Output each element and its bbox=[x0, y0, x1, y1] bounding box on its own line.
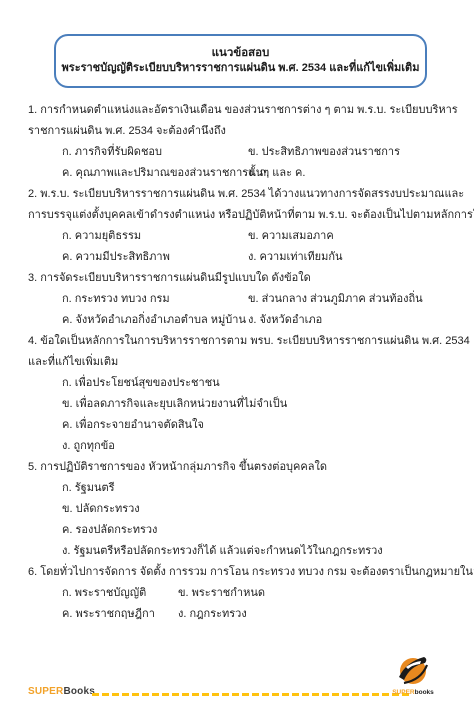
question-text: 2. พ.ร.บ. ระเบียบบริหารราชการแผ่นดิน พ.ศ… bbox=[28, 184, 448, 205]
option-item: ข. ความเสมอภาค bbox=[248, 226, 334, 247]
option-item: ค. รองปลัดกระทรวง bbox=[28, 520, 448, 541]
footer-brand-super: SUPER bbox=[28, 686, 63, 697]
question-text: และที่แก้ไขเพิ่มเติม bbox=[28, 352, 448, 373]
exam-header-subtitle: พระราชบัญญัติระเบียบบริหารราชการแผ่นดิน … bbox=[62, 63, 420, 74]
option-item: ง. ก. และ ค. bbox=[248, 163, 305, 184]
superbooks-logo-caption: SUPERbooks bbox=[392, 690, 434, 697]
exam-header-title: แนวข้อสอบ bbox=[212, 48, 270, 60]
option-item: ข. พระราชกำหนด bbox=[178, 583, 265, 604]
question-text: 3. การจัดระเบียบบริหารราชการแผ่นดินมีรูป… bbox=[28, 268, 448, 289]
option-row: ก. พระราชบัญญัติ ข. พระราชกำหนด bbox=[28, 583, 448, 604]
option-item: ค. พระราชกฤษฎีกา bbox=[62, 604, 178, 625]
option-item: ค. ความมีประสิทธิภาพ bbox=[62, 247, 248, 268]
question-6: 6. โดยทั่วไปการจัดการ จัดตั้ง การรวม การ… bbox=[28, 562, 448, 625]
option-row: ค. พระราชกฤษฎีกา ง. กฎกระทรวง bbox=[28, 604, 448, 625]
footer-dashed-divider bbox=[92, 693, 410, 696]
option-item: ก. รัฐมนตรี bbox=[28, 478, 448, 499]
option-item: ข. ประสิทธิภาพของส่วนราชการ bbox=[248, 142, 400, 163]
question-text: ราชการแผ่นดิน พ.ศ. 2534 จะต้องคำนึงถึง bbox=[28, 121, 448, 142]
option-item: ค. จังหวัดอำเภอกิ่งอำเภอตำบล หมู่บ้าน bbox=[62, 310, 248, 331]
option-item: ค. เพื่อกระจายอำนาจตัดสินใจ bbox=[28, 415, 448, 436]
option-item: ก. พระราชบัญญัติ bbox=[62, 583, 178, 604]
logo-caption-super: SUPER bbox=[392, 689, 414, 696]
question-text: 5. การปฏิบัติราชการของ หัวหน้ากลุ่มภารกิ… bbox=[28, 457, 448, 478]
option-row: ค. จังหวัดอำเภอกิ่งอำเภอตำบล หมู่บ้าน ง.… bbox=[28, 310, 448, 331]
question-1: 1. การกำหนดตำแหน่งและอัตราเงินเดือน ของส… bbox=[28, 100, 448, 184]
option-item: ข. ส่วนกลาง ส่วนภูมิภาค ส่วนท้องถิ่น bbox=[248, 289, 423, 310]
footer-brand-books: Books bbox=[63, 686, 95, 697]
option-item: ง. จังหวัดอำเภอ bbox=[248, 310, 322, 331]
option-item: ง. ความเท่าเทียมกัน bbox=[248, 247, 343, 268]
option-item: ข. ปลัดกระทรวง bbox=[28, 499, 448, 520]
document-page: แนวข้อสอบ พระราชบัญญัติระเบียบบริหารราชก… bbox=[0, 0, 474, 722]
question-text: 4. ข้อใดเป็นหลักการในการบริหารราชการตาม … bbox=[28, 331, 448, 352]
option-item: ข. เพื่อลดภารกิจและยุบเลิกหน่วยงานที่ไม่… bbox=[28, 394, 448, 415]
superbooks-logo: SUPERbooks bbox=[390, 654, 436, 697]
question-text: 1. การกำหนดตำแหน่งและอัตราเงินเดือน ของส… bbox=[28, 100, 448, 121]
option-row: ก. ความยุติธรรม ข. ความเสมอภาค bbox=[28, 226, 448, 247]
question-text: 6. โดยทั่วไปการจัดการ จัดตั้ง การรวม การ… bbox=[28, 562, 448, 583]
question-3: 3. การจัดระเบียบบริหารราชการแผ่นดินมีรูป… bbox=[28, 268, 448, 331]
question-2: 2. พ.ร.บ. ระเบียบบริหารราชการแผ่นดิน พ.ศ… bbox=[28, 184, 448, 268]
superbooks-logo-icon bbox=[397, 654, 429, 688]
option-row: ก. กระทรวง ทบวง กรม ข. ส่วนกลาง ส่วนภูมิ… bbox=[28, 289, 448, 310]
option-row: ค. ความมีประสิทธิภาพ ง. ความเท่าเทียมกัน bbox=[28, 247, 448, 268]
option-item: ค. คุณภาพและปริมาณของส่วนราชการนั้นๆ bbox=[62, 163, 248, 184]
option-item: ก. ความยุติธรรม bbox=[62, 226, 248, 247]
exam-header-box: แนวข้อสอบ พระราชบัญญัติระเบียบบริหารราชก… bbox=[54, 34, 427, 88]
question-list: 1. การกำหนดตำแหน่งและอัตราเงินเดือน ของส… bbox=[28, 100, 448, 625]
option-item: ก. กระทรวง ทบวง กรม bbox=[62, 289, 248, 310]
option-item: ง. กฎกระทรวง bbox=[178, 604, 247, 625]
question-text: การบรรจุแต่งตั้งบุคคลเข้าดำรงตำแหน่ง หรื… bbox=[28, 205, 448, 226]
logo-caption-books: books bbox=[415, 689, 434, 696]
option-item: ง. ถูกทุกข้อ bbox=[28, 436, 448, 457]
option-row: ค. คุณภาพและปริมาณของส่วนราชการนั้นๆ ง. … bbox=[28, 163, 448, 184]
option-row: ก. ภารกิจที่รับผิดชอบ ข. ประสิทธิภาพของส… bbox=[28, 142, 448, 163]
option-item: ก. เพื่อประโยชน์สุขของประชาชน bbox=[28, 373, 448, 394]
footer-brand: SUPERBooks bbox=[28, 686, 95, 697]
option-item: ง. รัฐมนตรีหรือปลัดกระทรวงก็ได้ แล้วแต่จ… bbox=[28, 541, 448, 562]
question-5: 5. การปฏิบัติราชการของ หัวหน้ากลุ่มภารกิ… bbox=[28, 457, 448, 562]
question-4: 4. ข้อใดเป็นหลักการในการบริหารราชการตาม … bbox=[28, 331, 448, 457]
option-item: ก. ภารกิจที่รับผิดชอบ bbox=[62, 142, 248, 163]
